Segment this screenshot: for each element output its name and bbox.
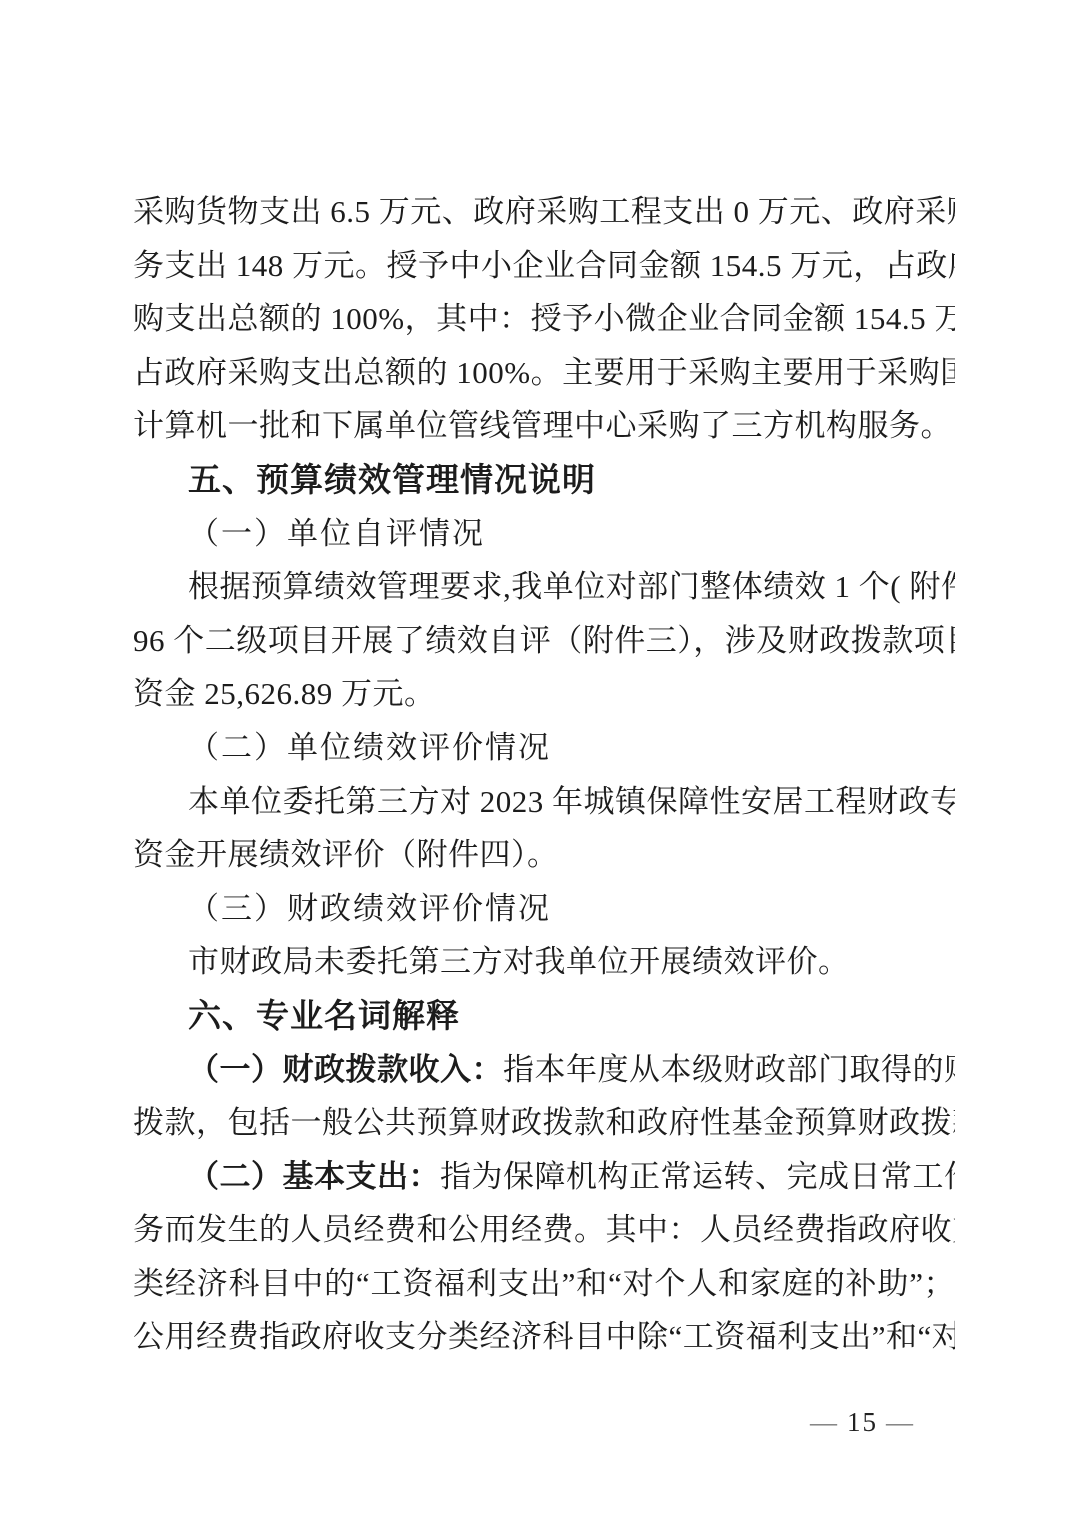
body-line: 务支出 148 万元。授予中小企业合同金额 154.5 万元，占政府采 bbox=[133, 239, 955, 293]
body-line: 市财政局未委托第三方对我单位开展绩效评价。 bbox=[133, 935, 955, 989]
subsection-heading-unit-performance-evaluation: （二）单位绩效评价情况 bbox=[133, 721, 955, 775]
body-line: 96 个二级项目开展了绩效自评（附件三），涉及财政拨款项目支出 bbox=[133, 614, 955, 668]
definition-line-basic-expenditure: （二）基本支出：指为保障机构正常运转、完成日常工作任 bbox=[133, 1150, 955, 1204]
subsection-heading-fiscal-performance-evaluation: （三）财政绩效评价情况 bbox=[133, 882, 955, 936]
body-line: 公用经费指政府收支分类经济科目中除“工资福利支出”和“对 bbox=[133, 1310, 955, 1364]
body-line: 资金开展绩效评价（附件四）。 bbox=[133, 828, 955, 882]
text-block: 采购货物支出 6.5 万元、政府采购工程支出 0 万元、政府采购服 务支出 14… bbox=[133, 185, 955, 1364]
definition-term: （二）基本支出： bbox=[188, 1159, 440, 1194]
page-number: —15— bbox=[802, 1402, 923, 1442]
body-line: 本单位委托第三方对 2023 年城镇保障性安居工程财政专项 bbox=[133, 775, 955, 829]
page-number-value: 15 bbox=[847, 1407, 878, 1437]
body-line: 占政府采购支出总额的 100%。主要用于采购主要用于采购国产化 bbox=[133, 346, 955, 400]
definition-term: （一）财政拨款收入： bbox=[188, 1052, 503, 1087]
body-line: 资金 25,626.89 万元。 bbox=[133, 667, 955, 721]
body-line: 拨款，包括一般公共预算财政拨款和政府性基金预算财政拨款。 bbox=[133, 1096, 955, 1150]
page-number-dash-right: — bbox=[878, 1407, 923, 1437]
body-line: 购支出总额的 100%，其中：授予小微企业合同金额 154.5 万元， bbox=[133, 292, 955, 346]
body-line: 采购货物支出 6.5 万元、政府采购工程支出 0 万元、政府采购服 bbox=[133, 185, 955, 239]
body-line: 根据预算绩效管理要求,我单位对部门整体绩效 1 个( 附件二 )、 bbox=[133, 560, 955, 614]
body-line: 务而发生的人员经费和公用经费。其中：人员经费指政府收支分 bbox=[133, 1203, 955, 1257]
subsection-heading-self-evaluation: （一）单位自评情况 bbox=[133, 507, 955, 561]
page-number-dash-left: — bbox=[802, 1407, 847, 1437]
body-line: 类经济科目中的“工资福利支出”和“对个人和家庭的补助”； bbox=[133, 1257, 955, 1311]
body-line: 计算机一批和下属单位管线管理中心采购了三方机构服务。 bbox=[133, 399, 955, 453]
definition-line-fiscal-appropriation-income: （一）财政拨款收入：指本年度从本级财政部门取得的财政 bbox=[133, 1043, 955, 1097]
document-page: 采购货物支出 6.5 万元、政府采购工程支出 0 万元、政府采购服 务支出 14… bbox=[0, 0, 1075, 1520]
definition-text: 指为保障机构正常运转、完成日常工作任 bbox=[440, 1159, 955, 1194]
section-6-heading: 六、专业名词解释 bbox=[133, 989, 955, 1043]
definition-text: 指本年度从本级财政部门取得的财政 bbox=[503, 1052, 955, 1087]
section-5-heading: 五、预算绩效管理情况说明 bbox=[133, 453, 955, 507]
